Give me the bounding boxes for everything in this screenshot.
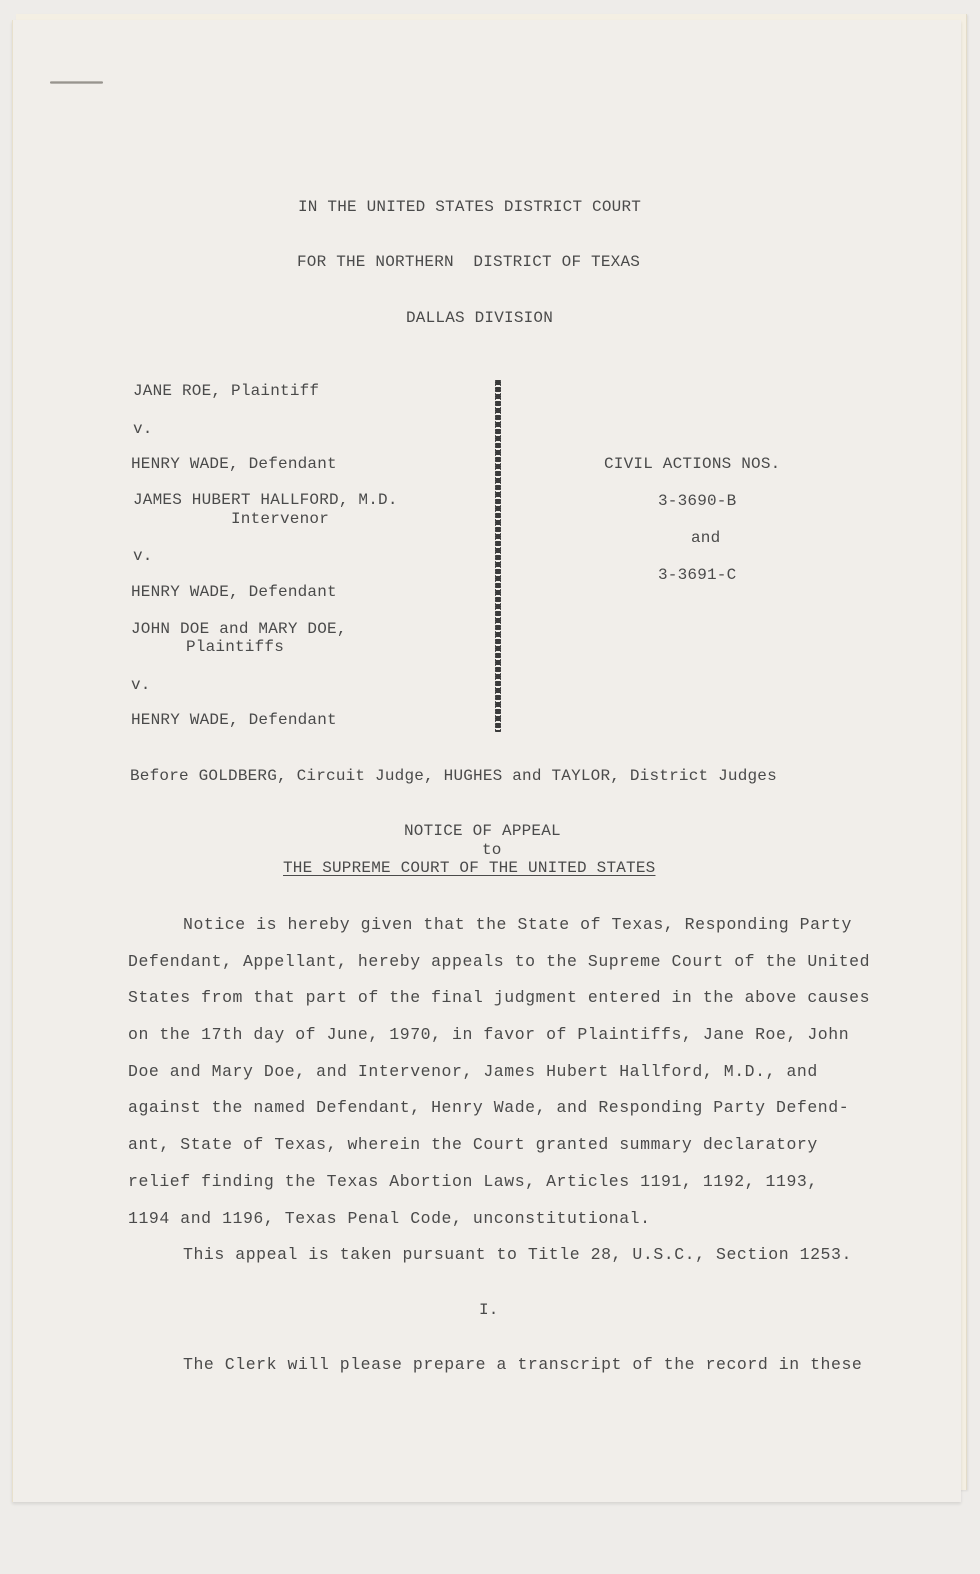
case-numbers-label: CIVIL ACTIONS NOS. bbox=[604, 455, 780, 473]
versus-1: v. bbox=[133, 420, 153, 438]
body-line: 1194 and 1196, Texas Penal Code, unconst… bbox=[128, 1210, 651, 1228]
caption-divider bbox=[495, 380, 501, 732]
party-does: JOHN DOE and MARY DOE, bbox=[131, 620, 347, 638]
body-line: States from that part of the final judgm… bbox=[128, 989, 870, 1007]
versus-3: v. bbox=[131, 676, 151, 694]
notice-title: NOTICE OF APPEAL bbox=[404, 822, 561, 840]
judges-line: Before GOLDBERG, Circuit Judge, HUGHES a… bbox=[130, 767, 777, 785]
party-henry-wade-1: HENRY WADE, Defendant bbox=[131, 455, 337, 473]
body-line: against the named Defendant, Henry Wade,… bbox=[128, 1099, 849, 1117]
document-page bbox=[12, 20, 961, 1502]
court-header-line-2: FOR THE NORTHERN DISTRICT OF TEXAS bbox=[297, 253, 640, 271]
case-number-1: 3-3690-B bbox=[658, 492, 736, 510]
body-line: Notice is hereby given that the State of… bbox=[183, 916, 852, 934]
party-hallford-role: Intervenor bbox=[231, 510, 329, 528]
court-header-line-1: IN THE UNITED STATES DISTRICT COURT bbox=[298, 198, 641, 216]
party-hallford: JAMES HUBERT HALLFORD, M.D. bbox=[133, 491, 398, 509]
body-line: Defendant, Appellant, hereby appeals to … bbox=[128, 953, 870, 971]
notice-title-court: THE SUPREME COURT OF THE UNITED STATES bbox=[283, 859, 655, 877]
body-line: Doe and Mary Doe, and Intervenor, James … bbox=[128, 1063, 818, 1081]
body-line: on the 17th day of June, 1970, in favor … bbox=[128, 1026, 849, 1044]
notice-title-to: to bbox=[482, 841, 502, 859]
clerk-instruction-line: The Clerk will please prepare a transcri… bbox=[183, 1356, 862, 1374]
section-number: I. bbox=[479, 1301, 499, 1319]
party-henry-wade-2: HENRY WADE, Defendant bbox=[131, 583, 337, 601]
party-does-role: Plaintiffs bbox=[186, 638, 284, 656]
case-number-2: 3-3691-C bbox=[658, 566, 736, 584]
party-jane-roe: JANE ROE, Plaintiff bbox=[133, 382, 319, 400]
body-line: relief finding the Texas Abortion Laws, … bbox=[128, 1173, 818, 1191]
jurisdiction-line: This appeal is taken pursuant to Title 2… bbox=[183, 1246, 852, 1264]
staple bbox=[50, 81, 103, 84]
court-header-line-3: DALLAS DIVISION bbox=[406, 309, 553, 327]
party-henry-wade-3: HENRY WADE, Defendant bbox=[131, 711, 337, 729]
versus-2: v. bbox=[133, 547, 153, 565]
body-line: ant, State of Texas, wherein the Court g… bbox=[128, 1136, 818, 1154]
case-numbers-and: and bbox=[691, 529, 720, 547]
